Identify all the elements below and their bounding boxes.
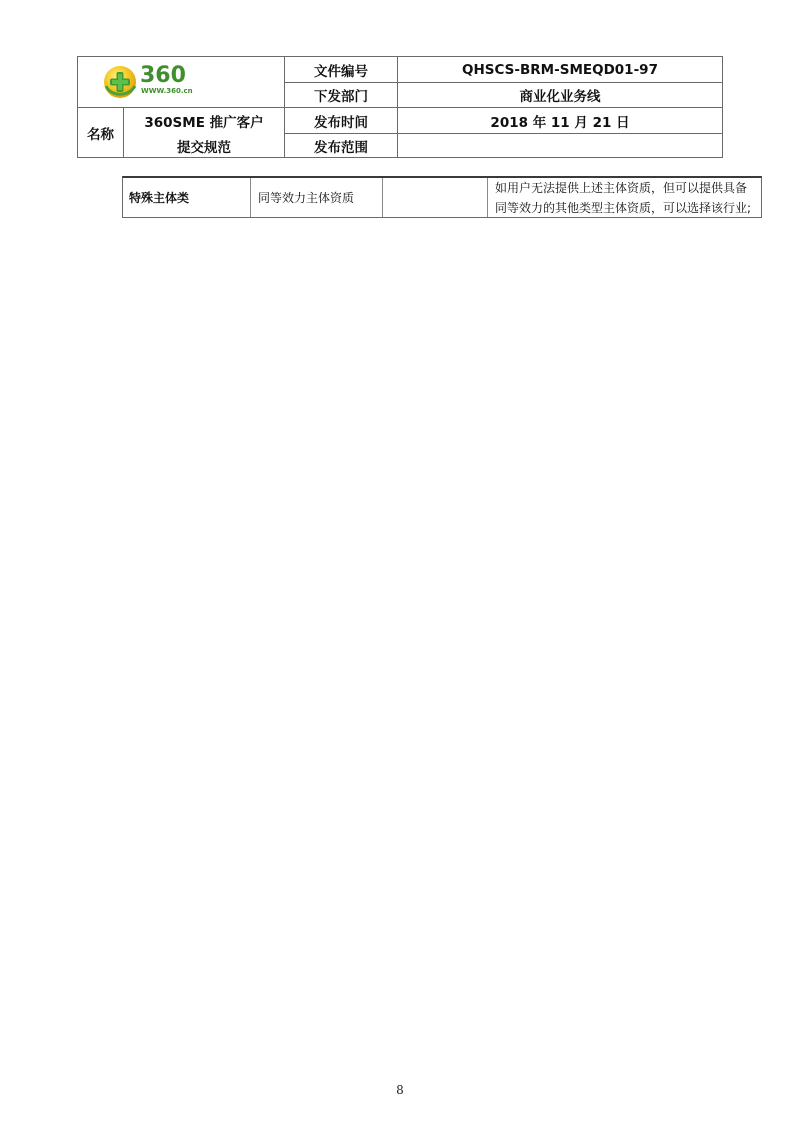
name-label: 名称 bbox=[78, 108, 123, 158]
brand-logo: 360 WWW.360.cn bbox=[102, 64, 202, 100]
field-value-scope bbox=[398, 134, 722, 158]
note-line-2: 同等效力的其他类型主体资质，可以选择该行业; bbox=[495, 198, 751, 218]
field-value-doc-number: QHSCS-BRM-SMEQD01-97 bbox=[398, 57, 722, 82]
field-value-department: 商业化业务线 bbox=[398, 83, 722, 107]
table-cell-qualification: 同等效力主体资质 bbox=[258, 178, 382, 217]
document-header-table: 360 WWW.360.cn 名称 360SME 推广客户 提交规范 文件编号 … bbox=[77, 56, 723, 158]
field-label-publish-date: 发布时间 bbox=[285, 108, 397, 133]
document-name-line1: 360SME 推广客户 bbox=[124, 108, 284, 133]
field-value-publish-date: 2018 年 11 月 21 日 bbox=[398, 108, 722, 133]
table-cell-category: 特殊主体类 bbox=[129, 178, 249, 217]
note-line-1: 如用户无法提供上述主体资质，但可以提供具备 bbox=[495, 178, 747, 198]
brand-url: WWW.360.cn bbox=[141, 87, 193, 95]
field-label-doc-number: 文件编号 bbox=[285, 57, 397, 82]
brand-text: 360 bbox=[140, 64, 186, 88]
qualification-table: 特殊主体类 同等效力主体资质 如用户无法提供上述主体资质，但可以提供具备 同等效… bbox=[122, 176, 762, 218]
field-label-department: 下发部门 bbox=[285, 83, 397, 107]
page-number: 8 bbox=[0, 1083, 800, 1097]
table-col-divider-1 bbox=[250, 178, 251, 217]
table-cell-empty bbox=[383, 178, 487, 217]
table-cell-note: 如用户无法提供上述主体资质，但可以提供具备 同等效力的其他类型主体资质，可以选择… bbox=[488, 178, 761, 217]
field-label-scope: 发布范围 bbox=[285, 134, 397, 158]
document-page: 360 WWW.360.cn 名称 360SME 推广客户 提交规范 文件编号 … bbox=[0, 0, 800, 1131]
document-name-line2: 提交规范 bbox=[124, 133, 284, 158]
360-plus-circle-icon bbox=[102, 64, 138, 100]
